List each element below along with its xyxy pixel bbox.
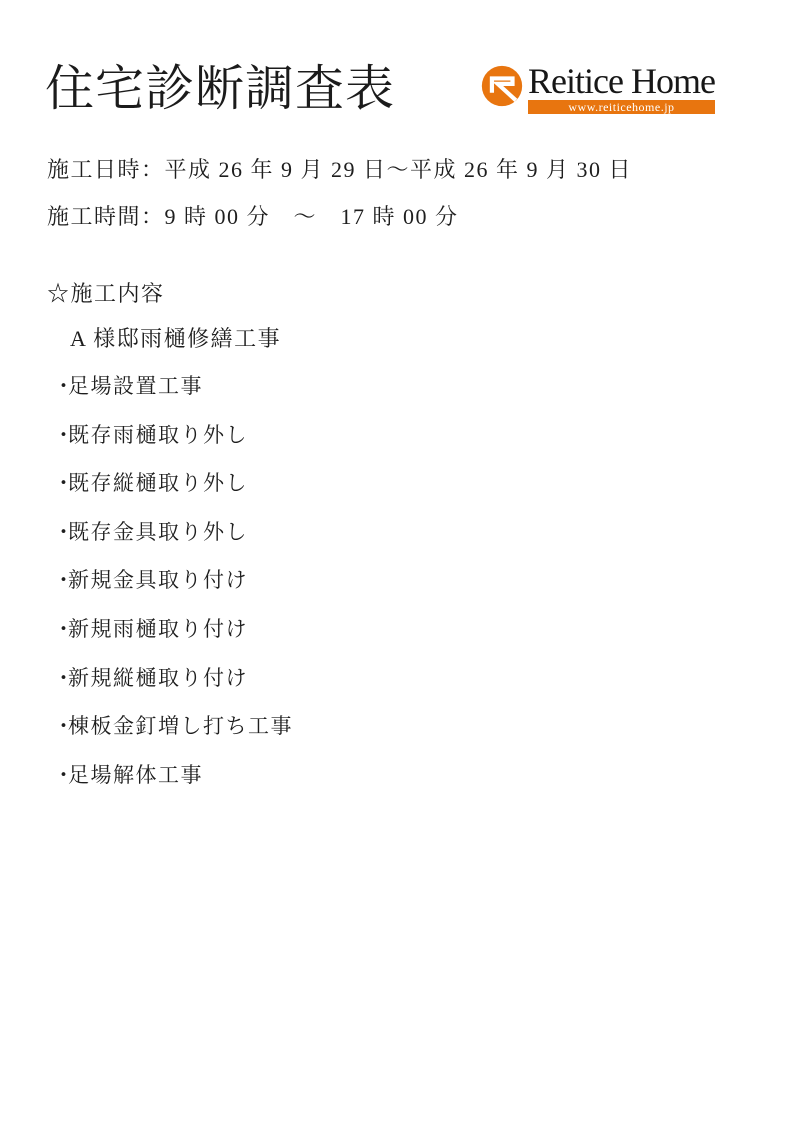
bullet-marker: ・ — [53, 764, 68, 787]
list-item-text: 棟板金釘増し打ち工事 — [68, 715, 293, 738]
project-title: A 様邸雨樋修繕工事 — [70, 326, 281, 352]
bullet-marker: ・ — [53, 667, 68, 690]
list-item: ・ 足場解体工事 — [53, 764, 293, 787]
list-item: ・ 既存雨樋取り外し — [53, 424, 293, 447]
reitice-r-icon — [481, 65, 523, 107]
list-item: ・ 既存縦樋取り外し — [53, 472, 293, 495]
reitice-home-logo: Reitice Home www.reiticehome.jp — [481, 63, 715, 114]
bullet-marker: ・ — [53, 375, 68, 398]
list-item-text: 足場解体工事 — [68, 764, 203, 787]
list-item-text: 既存金具取り外し — [68, 521, 248, 544]
list-item-text: 新規雨樋取り付け — [68, 618, 248, 641]
bullet-marker: ・ — [53, 424, 68, 447]
construction-time-line: 施工時間：9 時 00 分 ～ 17 時 00 分 — [47, 204, 459, 230]
bullet-marker: ・ — [53, 472, 68, 495]
logo-wordmark: Reitice Home — [528, 63, 715, 99]
construction-date-line: 施工日時：平成 26 年 9 月 29 日～平成 26 年 9 月 30 日 — [47, 157, 632, 183]
list-item-text: 既存縦樋取り外し — [68, 472, 248, 495]
list-item: ・ 足場設置工事 — [53, 375, 293, 398]
list-item: ・ 棟板金釘増し打ち工事 — [53, 715, 293, 738]
list-item: ・ 新規縦樋取り付け — [53, 667, 293, 690]
bullet-marker: ・ — [53, 569, 68, 592]
list-item-text: 足場設置工事 — [68, 375, 203, 398]
logo-text-block: Reitice Home www.reiticehome.jp — [528, 63, 715, 114]
list-item: ・ 既存金具取り外し — [53, 521, 293, 544]
list-item-text: 新規金具取り付け — [68, 569, 248, 592]
bullet-marker: ・ — [53, 715, 68, 738]
work-item-list: ・ 足場設置工事 ・ 既存雨樋取り外し ・ 既存縦樋取り外し ・ 既存金具取り外… — [53, 375, 293, 812]
document-page: 住宅診断調査表 Reitice Home www.reiticehome.jp … — [0, 0, 800, 1131]
list-item-text: 既存雨樋取り外し — [68, 424, 248, 447]
list-item-text: 新規縦樋取り付け — [68, 667, 248, 690]
logo-url-banner: www.reiticehome.jp — [528, 100, 715, 114]
list-item: ・ 新規雨樋取り付け — [53, 618, 293, 641]
section-heading-construction-details: ☆施工内容 — [47, 281, 165, 307]
bullet-marker: ・ — [53, 521, 68, 544]
document-title: 住宅診断調査表 — [45, 50, 395, 120]
list-item: ・ 新規金具取り付け — [53, 569, 293, 592]
bullet-marker: ・ — [53, 618, 68, 641]
